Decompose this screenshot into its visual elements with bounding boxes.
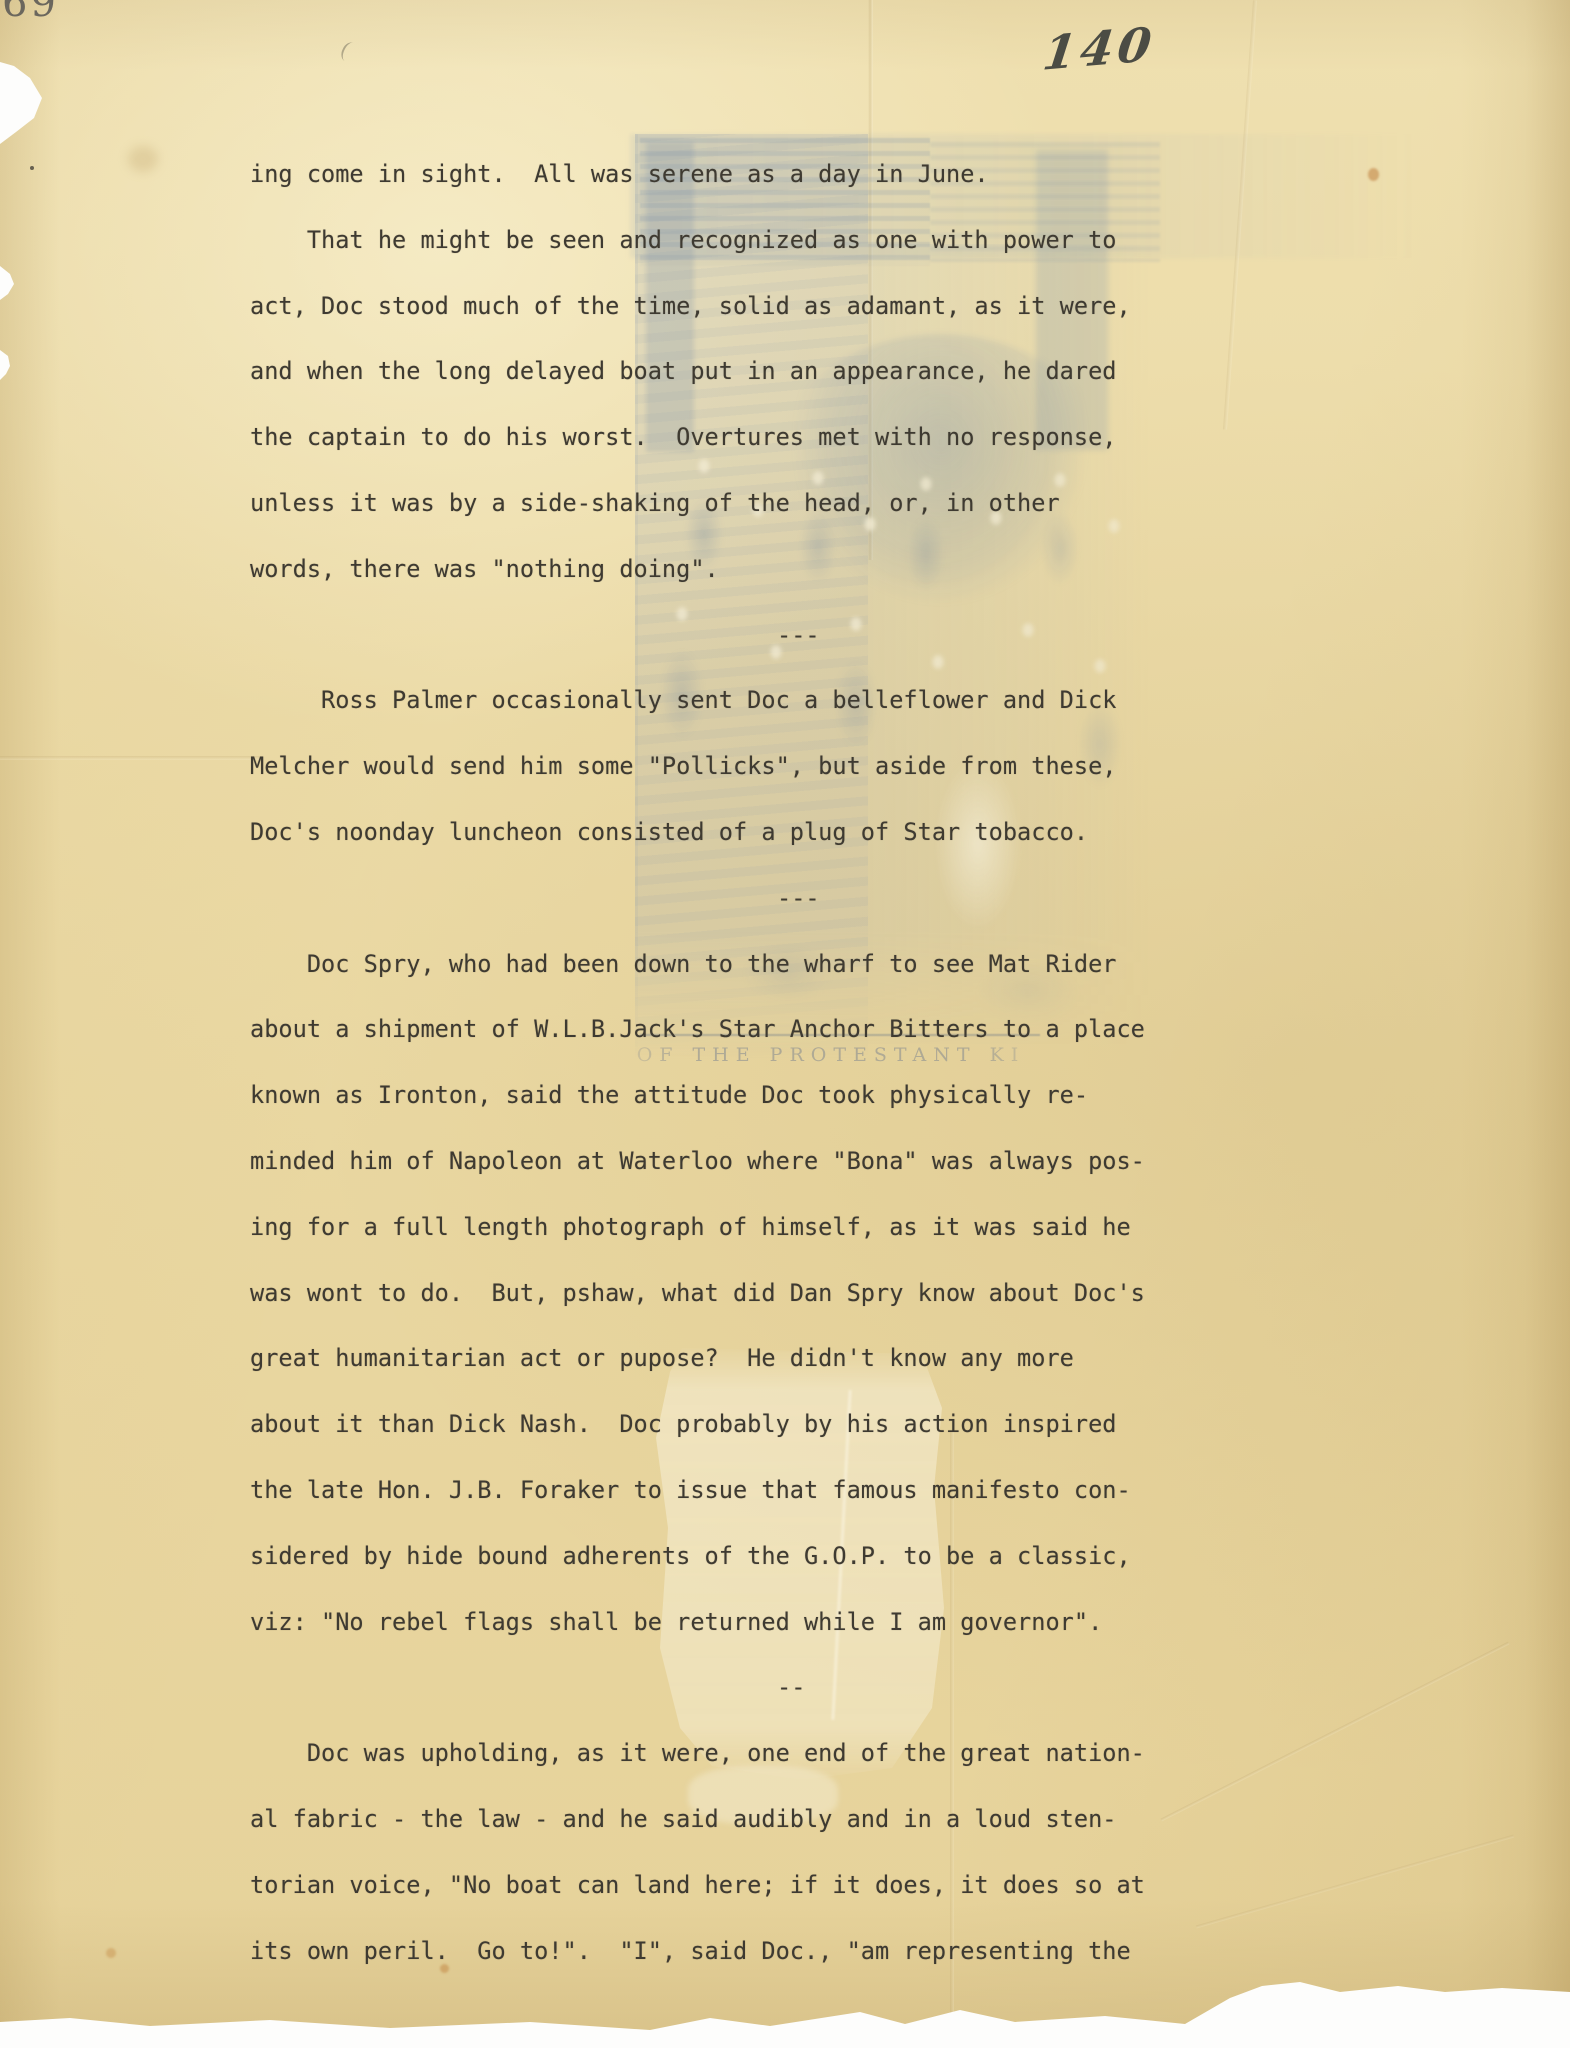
typed-separator: --- — [250, 866, 1260, 932]
typed-separator: --- — [250, 603, 1260, 669]
handwritten-page-number: 140 — [1040, 17, 1159, 81]
typescript-body: ing come in sight. All was serene as a d… — [250, 142, 1260, 1984]
typed-line: act, Doc stood much of the time, solid a… — [250, 274, 1260, 340]
typed-separator: -- — [250, 1655, 1260, 1721]
typed-line: great humanitarian act or pupose? He did… — [250, 1326, 1260, 1392]
manuscript-scan: OF THE PROTESTANT KI 69 140 ing come in … — [0, 0, 1570, 2048]
typed-line: words, there was "nothing doing". — [250, 537, 1260, 603]
typed-line: the late Hon. J.B. Foraker to issue that… — [250, 1458, 1260, 1524]
typed-line: known as Ironton, said the attitude Doc … — [250, 1063, 1260, 1129]
typed-line: the captain to do his worst. Overtures m… — [250, 405, 1260, 471]
typed-line: ing come in sight. All was serene as a d… — [250, 142, 1260, 208]
typed-line: ing for a full length photograph of hims… — [250, 1195, 1260, 1261]
typed-line: sidered by hide bound adherents of the G… — [250, 1524, 1260, 1590]
typed-line: Doc Spry, who had been down to the wharf… — [250, 932, 1260, 998]
typed-line: minded him of Napoleon at Waterloo where… — [250, 1129, 1260, 1195]
typed-line: Doc was upholding, as it were, one end o… — [250, 1721, 1260, 1787]
typed-line: al fabric - the law - and he said audibl… — [250, 1787, 1260, 1853]
typed-line: was wont to do. But, pshaw, what did Dan… — [250, 1261, 1260, 1327]
typed-line: torian voice, "No boat can land here; if… — [250, 1853, 1260, 1919]
typed-line: viz: "No rebel flags shall be returned w… — [250, 1590, 1260, 1656]
typed-line: Melcher would send him some "Pollicks", … — [250, 734, 1260, 800]
typed-line: Doc's noonday luncheon consisted of a pl… — [250, 800, 1260, 866]
typed-line: Ross Palmer occasionally sent Doc a bell… — [250, 668, 1260, 734]
corner-page-number: 69 — [2, 0, 59, 26]
typed-line: about it than Dick Nash. Doc probably by… — [250, 1392, 1260, 1458]
typed-line: about a shipment of W.L.B.Jack's Star An… — [250, 997, 1260, 1063]
typed-line: That he might be seen and recognized as … — [250, 208, 1260, 274]
typed-line: and when the long delayed boat put in an… — [250, 339, 1260, 405]
typed-line: unless it was by a side-shaking of the h… — [250, 471, 1260, 537]
typed-line: its own peril. Go to!". "I", said Doc., … — [250, 1919, 1260, 1985]
